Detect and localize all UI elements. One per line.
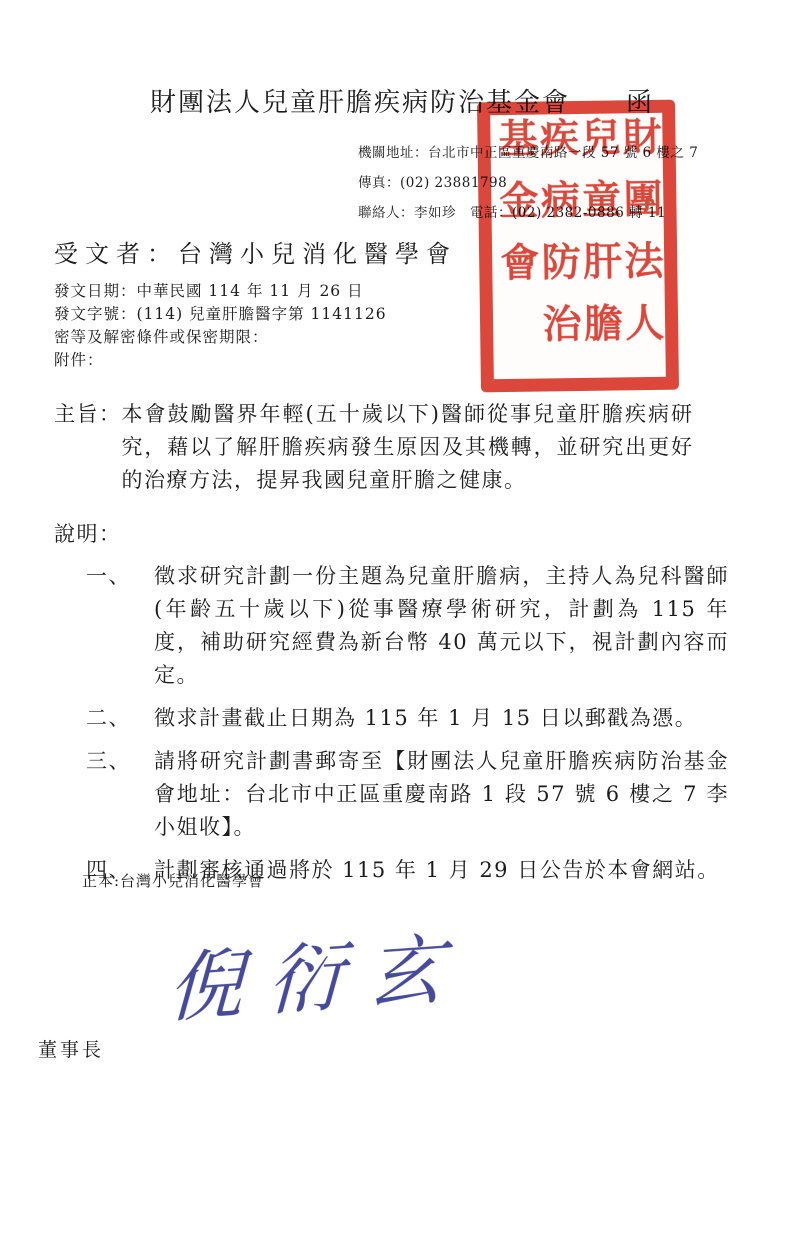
document-meta-block: 發文日期：中華民國 114 年 11 月 26 日 發文字號：(114) 兒童肝… (54, 280, 387, 372)
seal-text: 財團法人兒童肝膽疾病防治基金會 (494, 116, 663, 376)
official-red-seal: 財團法人兒童肝膽疾病防治基金會 (477, 100, 679, 393)
original-copy-line: 正本:台灣小兒消化醫學會 (82, 870, 264, 891)
item-number: 二、 (86, 702, 154, 735)
item-number: 三、 (86, 745, 154, 844)
subject-section: 主旨： 本會鼓勵醫界年輕(五十歲以下)醫師從事兒童肝膽疾病研究，藉以了解肝膽疾病… (54, 398, 694, 497)
classification-line: 密等及解密條件或保密期限： (54, 326, 387, 349)
explanation-item-3: 三、 請將研究計劃書郵寄至【財團法人兒童肝膽疾病防治基金會地址：台北市中正區重慶… (86, 745, 736, 844)
item-number: 一、 (86, 560, 154, 692)
subject-text: 本會鼓勵醫界年輕(五十歲以下)醫師從事兒童肝膽疾病研究，藉以了解肝膽疾病發生原因… (122, 398, 694, 497)
scanned-letter-page: 財團法人兒童肝膽疾病防治基金會 函 機關地址：台北市中正區重慶南路一段 57 號… (0, 0, 790, 1239)
explanation-label: 說明： (54, 518, 122, 548)
reference-number-line: 發文字號：(114) 兒童肝膽醫字第 1141126 (54, 303, 387, 326)
item-text: 徵求研究計劃一份主題為兒童肝膽病，主持人為兒科醫師(年齡五十歲以下)從事醫療學術… (154, 560, 729, 692)
item-text: 請將研究計劃書郵寄至【財團法人兒童肝膽疾病防治基金會地址：台北市中正區重慶南路 … (154, 745, 729, 844)
explanation-items: 一、 徵求研究計劃一份主題為兒童肝膽病，主持人為兒科醫師(年齡五十歲以下)從事醫… (86, 560, 736, 897)
issue-date-line: 發文日期：中華民國 114 年 11 月 26 日 (54, 280, 387, 303)
signer-title: 董事長 (38, 1035, 104, 1062)
item-text: 徵求計畫截止日期為 115 年 1 月 15 日以郵戳為憑。 (154, 702, 729, 735)
explanation-item-1: 一、 徵求研究計劃一份主題為兒童肝膽病，主持人為兒科醫師(年齡五十歲以下)從事醫… (86, 560, 736, 692)
recipient-line: 受文者：台灣小兒消化醫學會 (54, 234, 457, 269)
attachment-line: 附件： (54, 349, 387, 372)
explanation-item-2: 二、 徵求計畫截止日期為 115 年 1 月 15 日以郵戳為憑。 (86, 702, 736, 735)
subject-label: 主旨： (54, 398, 122, 497)
chairman-handwritten-signature: 倪衍玄 (166, 907, 469, 1037)
